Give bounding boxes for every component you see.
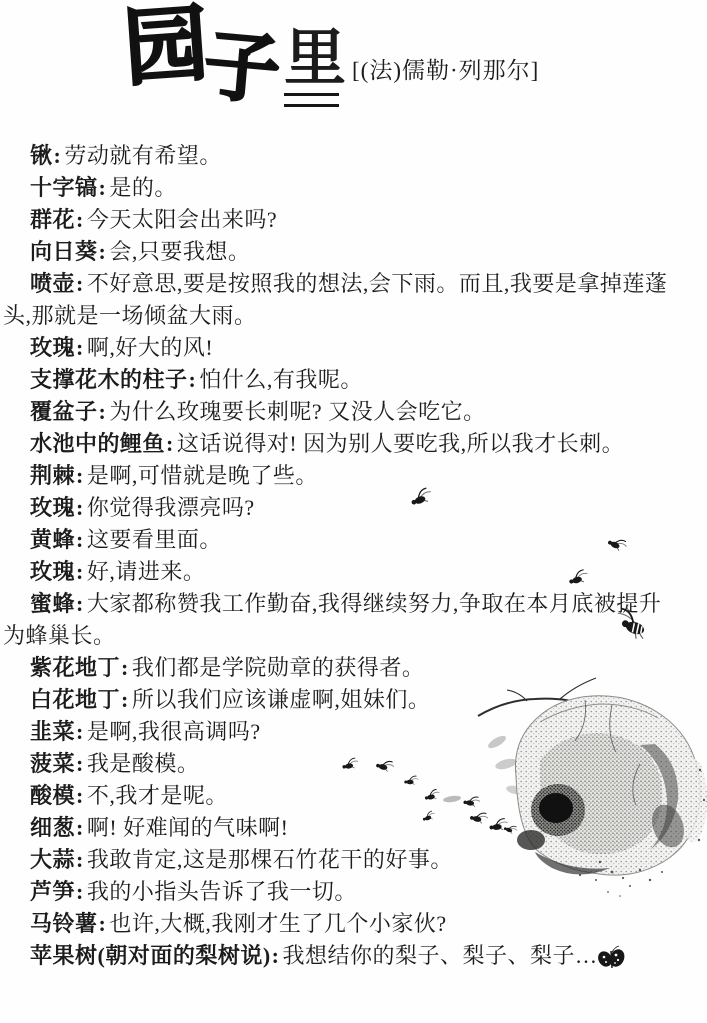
dialogue-text: 啊! 好难闻的气味啊! [87,815,289,840]
dialogue-text: 是啊,可惜就是晚了些。 [87,463,318,488]
dialogue-text: 我想结你的梨子、梨子、梨子…… [282,943,620,968]
speaker-name: 支撑花木的柱子 [30,367,188,392]
speaker-name: 黄蜂 [30,527,75,552]
dialogue-line: 向日葵:会,只要我想。 [3,236,705,268]
dialogue-line: 群花:今天太阳会出来吗? [3,204,705,236]
dialogue-line: 覆盆子:为什么玫瑰要长刺呢? 又没人会吃它。 [3,396,705,428]
dialogue-line: 喷壶:不好意思,要是按照我的想法,会下雨。而且,我要是拿掉莲蓬 [3,268,705,300]
dialogue-text: 我是酸模。 [87,751,200,776]
speaker-name: 荆棘 [30,463,75,488]
speaker-name: 玫瑰 [30,335,75,360]
dialogue-line: 菠菜:我是酸模。 [3,748,705,780]
dialogue-text: 是啊,我很高调吗? [87,719,261,744]
speaker-name: 马铃薯 [30,911,98,936]
dialogue-text: 不好意思,要是按照我的想法,会下雨。而且,我要是拿掉莲蓬 [87,271,668,296]
dialogue-line: 马铃薯:也许,大概,我刚才生了几个小家伙? [3,908,705,940]
dialogue-line: 玫瑰:好,请进来。 [3,556,705,588]
speaker-name: 苹果树(朝对面的梨树说) [30,943,271,968]
speaker-name: 十字镐 [30,175,98,200]
speaker-name: 蜜蜂 [30,591,75,616]
dialogue-line: 蜜蜂:大家都称赞我工作勤奋,我得继续努力,争取在本月底被提升 [3,588,705,620]
dialogue-line: 玫瑰:你觉得我漂亮吗? [3,492,705,524]
dialogue-line: 水池中的鲤鱼:这话说得对! 因为别人要吃我,所以我才长刺。 [3,428,705,460]
speaker-name: 喷壶 [30,271,75,296]
dialogue-text: 这话说得对! 因为别人要吃我,所以我才长刺。 [177,431,624,456]
dialogue-text: 为什么玫瑰要长刺呢? 又没人会吃它。 [109,399,485,424]
author-credit: [(法)儒勒·列那尔] [352,52,539,85]
dialogue-text: 你觉得我漂亮吗? [87,495,255,520]
dialogue-line: 苹果树(朝对面的梨树说):我想结你的梨子、梨子、梨子…… [3,940,705,972]
title-double-underline [284,93,339,96]
dialogue-line: 大蒜:我敢肯定,这是那棵石竹花干的好事。 [3,844,705,876]
speaker-name: 菠菜 [30,751,75,776]
dialogue-line: 芦笋:我的小指头告诉了我一切。 [3,876,705,908]
title-calligraphy-char-2: 子 [201,27,283,109]
article-title: 园 子 里 [(法)儒勒·列那尔] [0,0,707,135]
dialogue-line: 十字镐:是的。 [3,172,705,204]
dialogue-line: 黄蜂:这要看里面。 [3,524,705,556]
dialogue-line: 白花地丁:所以我们应该谦虚啊,姐妹们。 [3,684,705,716]
speaker-name: 覆盆子 [30,399,98,424]
dialogue-line: 荆棘:是啊,可惜就是晚了些。 [3,460,705,492]
speaker-name: 群花 [30,207,75,232]
dialogue-text: 大家都称赞我工作勤奋,我得继续努力,争取在本月底被提升 [87,591,662,616]
dialogue-line: 紫花地丁:我们都是学院勋章的获得者。 [3,652,705,684]
dialogue-line-continuation: 头,那就是一场倾盆大雨。 [3,300,705,332]
speaker-name: 芦笋 [30,879,75,904]
dialogue-text: 怕什么,有我呢。 [199,367,363,392]
book-page: 园 子 里 [(法)儒勒·列那尔] 锹:劳动就有希望。 十字镐:是的。 群花:今… [0,0,707,1023]
dialogue-text: 是的。 [109,175,177,200]
dialogue-text: 劳动就有希望。 [64,143,222,168]
title-char-emphasized: 里 [284,28,346,90]
dialogue-line: 玫瑰:啊,好大的风! [3,332,705,364]
dialogue-text: 我敢肯定,这是那棵石竹花干的好事。 [87,847,453,872]
dialogue-text: 为蜂巢长。 [3,623,116,648]
speaker-name: 细葱 [30,815,75,840]
speaker-name: 玫瑰 [30,559,75,584]
dialogue-text: 不,我才是呢。 [87,783,228,808]
dialogue-body: 锹:劳动就有希望。 十字镐:是的。 群花:今天太阳会出来吗? 向日葵:会,只要我… [3,140,705,972]
speaker-name: 白花地丁 [30,687,120,712]
speaker-name: 水池中的鲤鱼 [30,431,165,456]
dialogue-text: 也许,大概,我刚才生了几个小家伙? [109,911,446,936]
dialogue-text: 我的小指头告诉了我一切。 [87,879,357,904]
dialogue-line: 韭菜:是啊,我很高调吗? [3,716,705,748]
dialogue-text: 好,请进来。 [87,559,206,584]
title-calligraphy-char-1: 园 [121,1,211,91]
dialogue-text: 会,只要我想。 [109,239,250,264]
dialogue-text: 我们都是学院勋章的获得者。 [132,655,425,680]
speaker-name: 玫瑰 [30,495,75,520]
speaker-name: 大蒜 [30,847,75,872]
speaker-name: 向日葵 [30,239,98,264]
dialogue-line: 支撑花木的柱子:怕什么,有我呢。 [3,364,705,396]
dialogue-line: 酸模:不,我才是呢。 [3,780,705,812]
dialogue-line-continuation: 为蜂巢长。 [3,620,705,652]
dialogue-text: 这要看里面。 [87,527,222,552]
dialogue-text: 所以我们应该谦虚啊,姐妹们。 [132,687,431,712]
title-double-underline [284,104,339,107]
speaker-name: 紫花地丁 [30,655,120,680]
dialogue-text: 头,那就是一场倾盆大雨。 [3,303,257,328]
dialogue-text: 今天太阳会出来吗? [87,207,277,232]
speaker-name: 酸模 [30,783,75,808]
dialogue-text: 啊,好大的风! [87,335,213,360]
dialogue-line: 锹:劳动就有希望。 [3,140,705,172]
speaker-name: 韭菜 [30,719,75,744]
speaker-name: 锹 [30,143,53,168]
dialogue-line: 细葱:啊! 好难闻的气味啊! [3,812,705,844]
